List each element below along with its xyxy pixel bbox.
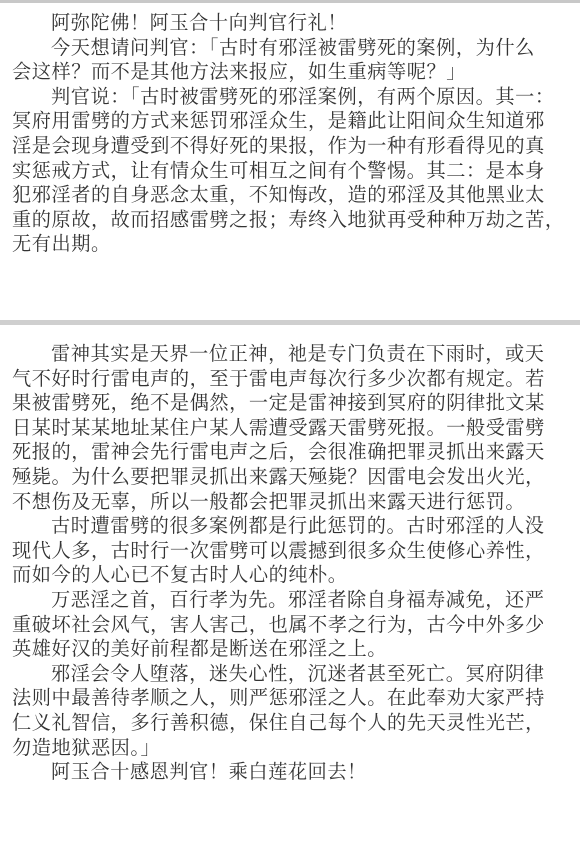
text-line: 日某时某某地址某住户某人需遭受露天雷劈死报。一般受雷劈 — [0, 416, 580, 441]
text-line: 实惩戒方式，让有情众生可相互之间有个警惕。其二：是本身 — [0, 159, 580, 184]
text-line: 而如今的人心已不复古时人心的纯朴。 — [0, 563, 580, 588]
text-line: 古时遭雷劈的很多案例都是行此惩罚的。古时邪淫的人没 — [0, 514, 580, 539]
text-line: 英雄好汉的美好前程都是断送在邪淫之上。 — [0, 637, 580, 662]
text-line: 犯邪淫者的自身恶念太重，不知悔改，造的邪淫及其他黑业太 — [0, 183, 580, 208]
text-line: 不想伤及无辜，所以一般都会把罪灵抓出来露天进行惩罚。 — [0, 490, 580, 515]
text-line: 冥府用雷劈的方式来惩罚邪淫众生，是籍此让阳间众生知道邪 — [0, 109, 580, 134]
text-line: 仁义礼智信，多行善积德，保住自己每个人的先天灵性光芒， — [0, 711, 580, 736]
text-line: 法则中最善待孝顺之人，则严惩邪淫之人。在此奉劝大家严持 — [0, 686, 580, 711]
text-line: 重的原故，故而招感雷劈之报；寿终入地狱再受种种万劫之苦， — [0, 208, 580, 233]
text-line: 无有出期。 — [0, 232, 580, 257]
text-line: 阿弥陀佛！阿玉合十向判官行礼！ — [0, 11, 580, 36]
text-line: 阿玉合十感恩判官！乘白莲花回去！ — [0, 760, 580, 785]
text-line: 重破坏社会风气，害人害己，也属不孝之行为，古今中外多少 — [0, 613, 580, 638]
text-line: 勿造地狱恶因。」 — [0, 736, 580, 761]
dialogue-section-explanation: 雷神其实是天界一位正神，祂是专门负责在下雨时，或天 气不好时行雷电声的，至于雷电… — [0, 342, 580, 785]
section-separator — [0, 320, 580, 325]
text-line: 判官说：「古时被雷劈死的邪淫案例，有两个原因。其一： — [0, 85, 580, 110]
text-line: 万恶淫之首，百行孝为先。邪淫者除自身福寿减免，还严 — [0, 588, 580, 613]
text-line: 气不好时行雷电声的，至于雷电声每次行多少次都有规定。若 — [0, 367, 580, 392]
text-line: 死报的，雷神会先行雷电声之后，会很准确把罪灵抓出来露天 — [0, 440, 580, 465]
text-line: 今天想请问判官：「古时有邪淫被雷劈死的案例，为什么 — [0, 36, 580, 61]
text-line: 殛毙。为什么要把罪灵抓出来露天殛毙？因雷电会发出火光， — [0, 465, 580, 490]
text-line: 现代人多，古时行一次雷劈可以震撼到很多众生使修心养性， — [0, 539, 580, 564]
text-line: 果被雷劈死，绝不是偶然，一定是雷神接到冥府的阴律批文某 — [0, 391, 580, 416]
top-border — [0, 0, 580, 3]
text-line: 雷神其实是天界一位正神，祂是专门负责在下雨时，或天 — [0, 342, 580, 367]
text-line: 淫是会现身遭受到不得好死的果报，作为一种有形看得见的真 — [0, 134, 580, 159]
text-line: 会这样？而不是其他方法来报应，如生重病等呢？」 — [0, 60, 580, 85]
text-line: 邪淫会令人堕落，迷失心性，沉迷者甚至死亡。冥府阴律 — [0, 662, 580, 687]
dialogue-section-question: 阿弥陀佛！阿玉合十向判官行礼！ 今天想请问判官：「古时有邪淫被雷劈死的案例，为什… — [0, 11, 580, 257]
